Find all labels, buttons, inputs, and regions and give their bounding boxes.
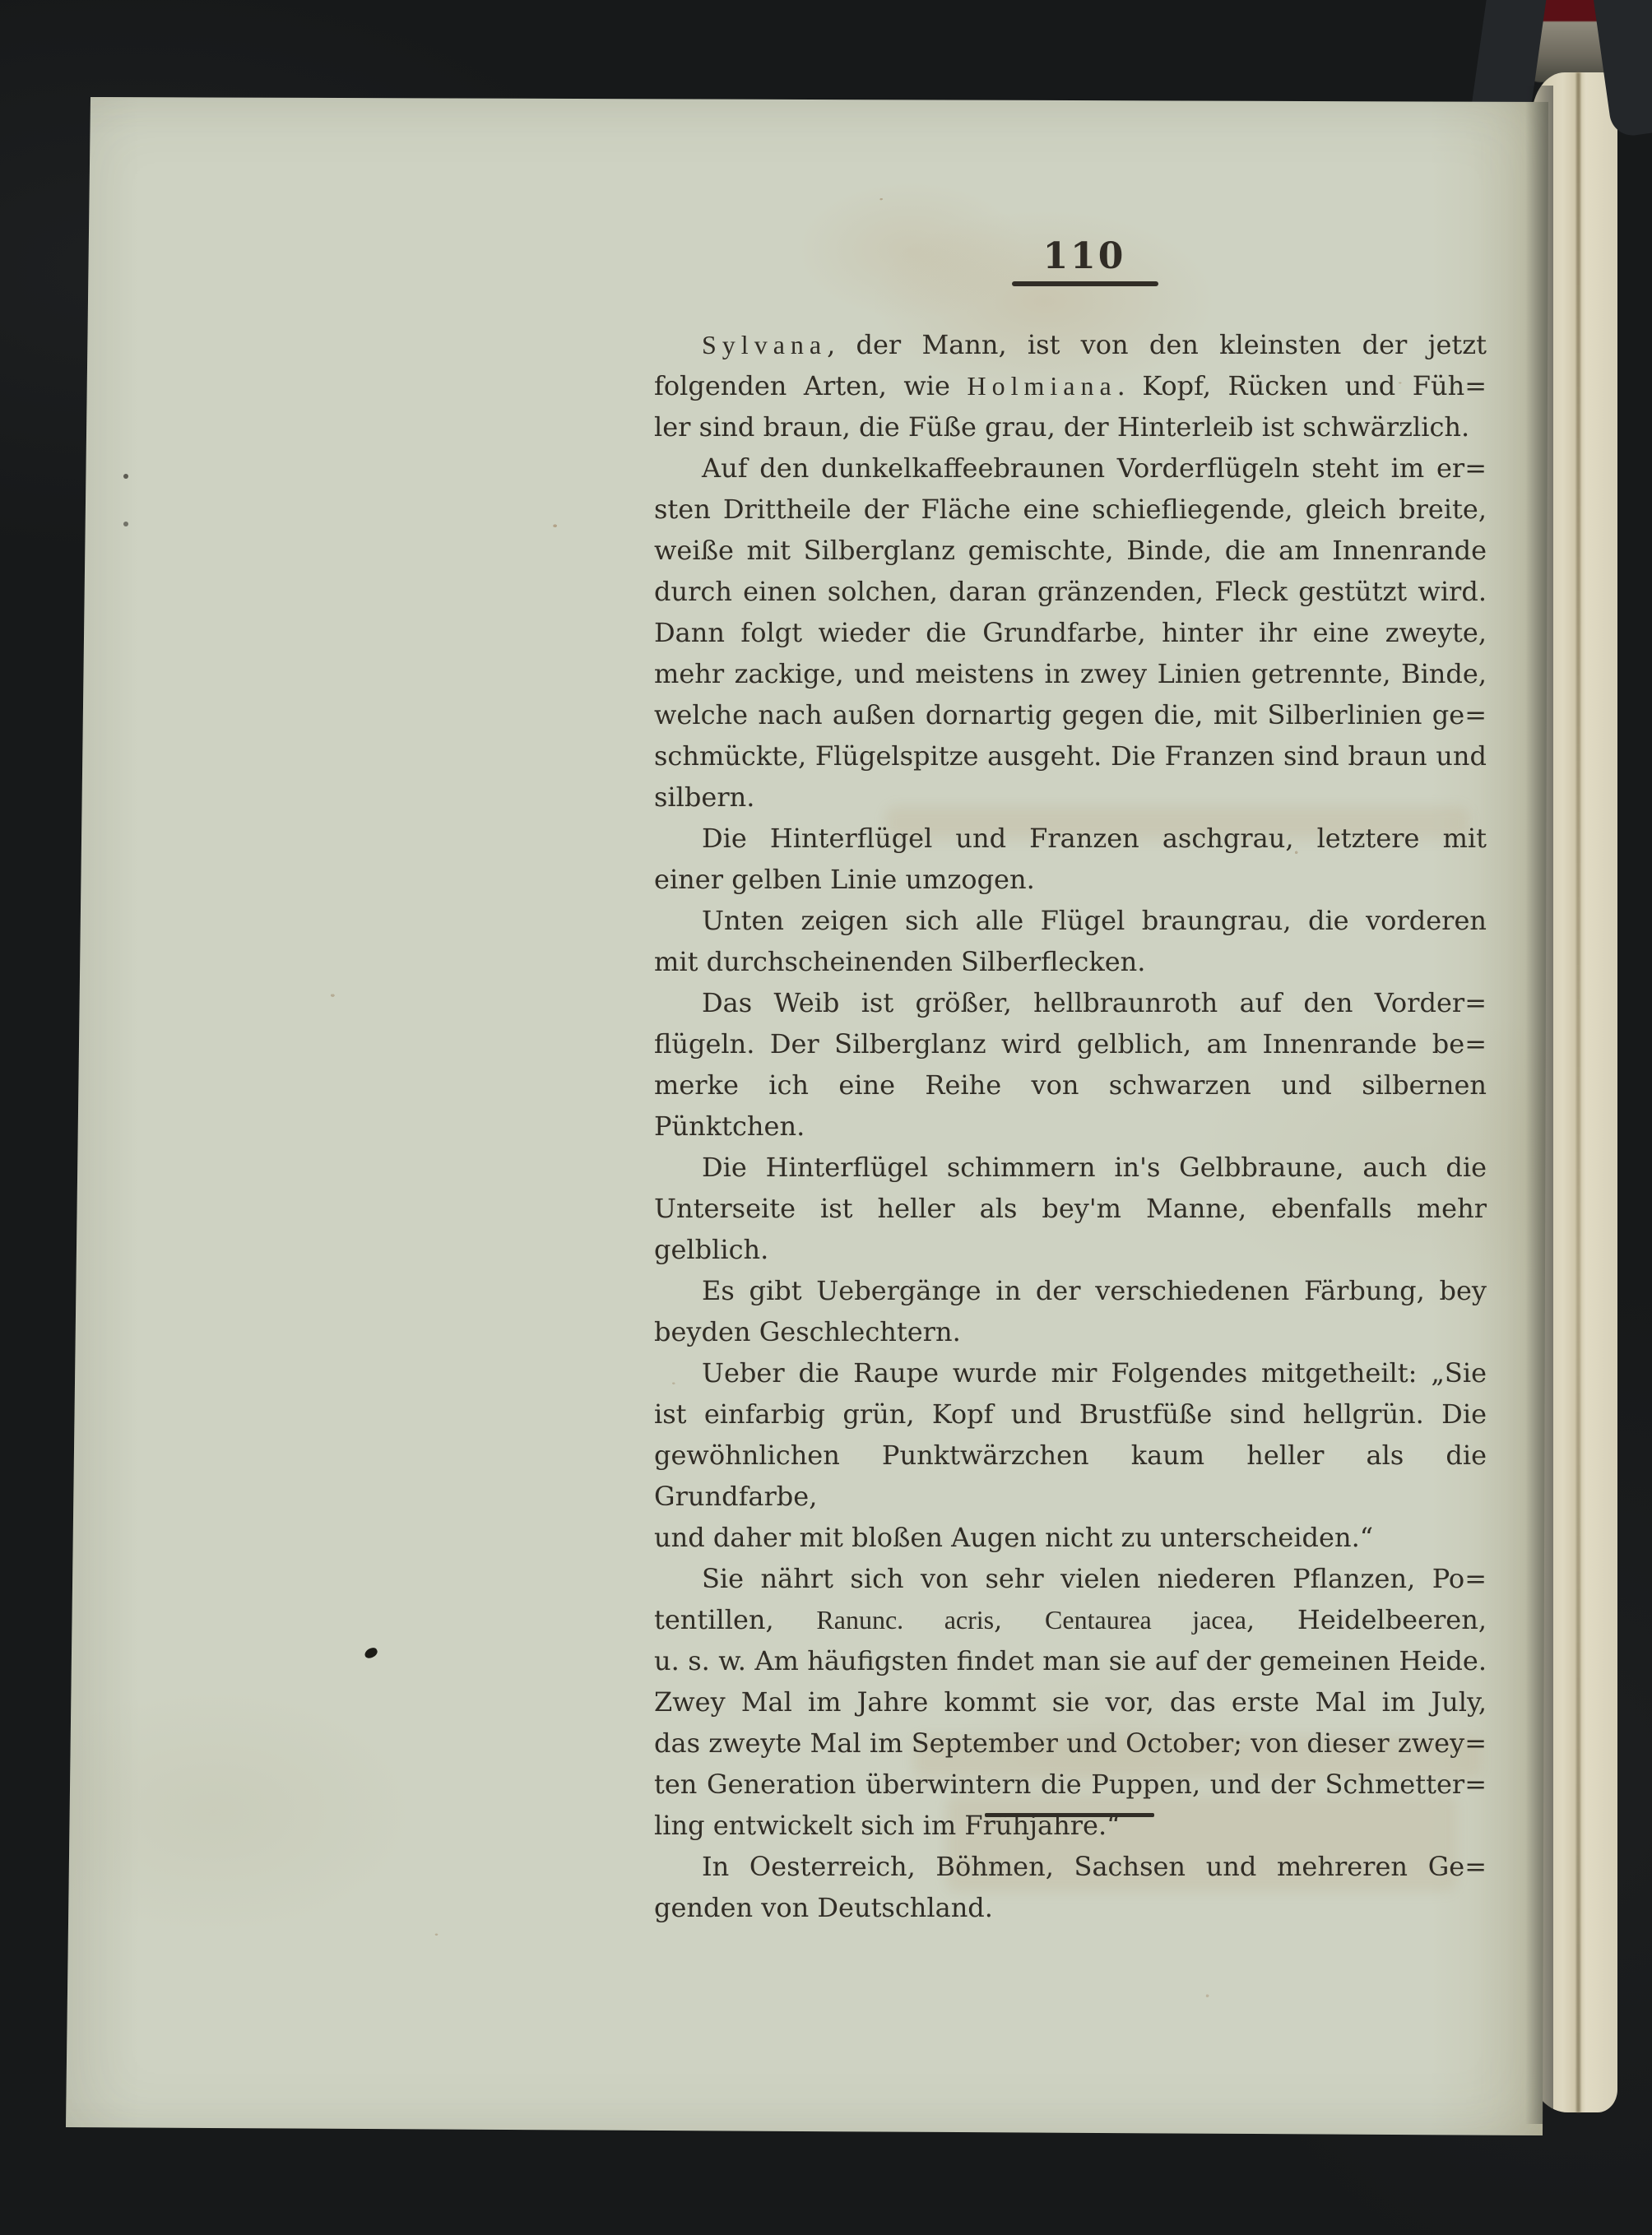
text-line: mehr zackige, und meistens in zwey Linie… [654,653,1487,694]
text-line: Sie nährt sich von sehr vielen niederen … [654,1558,1487,1599]
text-line: weiße mit Silberglanz gemischte, Binde, … [654,530,1487,571]
text-line: durch einen solchen, daran gränzenden, F… [654,571,1487,612]
text-line: Ueber die Raupe wurde mir Folgendes mitg… [654,1352,1487,1393]
text-line: silbern. [654,777,1487,818]
text-line: Sylvana, der Mann, ist von den kleinsten… [654,324,1487,365]
paragraph: Ueber die Raupe wurde mir Folgendes mitg… [654,1352,1487,1558]
paragraph: Die Hinterflügel schimmern in's Gelbbrau… [654,1147,1487,1270]
text-line: folgenden Arten, wie Holmiana. Kopf, Rüc… [654,365,1487,406]
antiqua-term: Ranunc. acris [816,1605,994,1635]
text-line: u. s. w. Am häufigsten findet man sie au… [654,1640,1487,1681]
page-number: 110 [961,235,1208,277]
text-block: Sylvana, der Mann, ist von den kleinsten… [654,324,1487,1928]
text-line: Die Hinterflügel und Franzen aschgrau, l… [654,818,1487,859]
text-line: mit durchscheinenden Silberflecken. [654,941,1487,982]
text-line: das zweyte Mal im September und October;… [654,1723,1487,1764]
paragraph: Es gibt Uebergänge in der verschiedenen … [654,1270,1487,1352]
paragraph: Sylvana, der Mann, ist von den kleinsten… [654,324,1487,447]
text-line: welche nach außen dornartig gegen die, m… [654,694,1487,735]
ink-speck [363,1646,378,1660]
text-line: Dann folgt wieder die Grundfarbe, hinter… [654,612,1487,653]
antiqua-term: Sylvana [702,330,827,359]
paragraph: Die Hinterflügel und Franzen aschgrau, l… [654,818,1487,900]
text-line: ler sind braun, die Füße grau, der Hinte… [654,406,1487,447]
text-line: Zwey Mal im Jahre kommt sie vor, das ers… [654,1681,1487,1723]
text-line: ling entwickelt sich im Frühjahre.“ [654,1805,1487,1846]
text-line: genden von Deutschland. [654,1887,1487,1928]
text-line: ist einfarbig grün, Kopf und Brustfüße s… [654,1393,1487,1435]
text-line: Unterseite ist heller als bey'm Manne, e… [654,1188,1487,1270]
text-line: ten Generation überwintern die Puppen, u… [654,1764,1487,1805]
text-line: tentillen, Ranunc. acris, Centaurea jace… [654,1599,1487,1640]
paragraph: Sie nährt sich von sehr vielen niederen … [654,1558,1487,1846]
paragraph: Unten zeigen sich alle Flügel braungrau,… [654,900,1487,982]
text-line: und daher mit bloßen Augen nicht zu unte… [654,1517,1487,1558]
text-line: In Oesterreich, Böhmen, Sachsen und mehr… [654,1846,1487,1887]
page-crease [1576,72,1580,2112]
text-line: Es gibt Uebergänge in der verschiedenen … [654,1270,1487,1311]
paragraph: Das Weib ist größer, hellbraunroth auf d… [654,982,1487,1147]
text-line: Die Hinterflügel schimmern in's Gelbbrau… [654,1147,1487,1188]
text-line: Auf den dunkelkaffeebraunen Vorderflügel… [654,447,1487,489]
margin-marks [123,474,128,479]
text-line: beyden Geschlechtern. [654,1311,1487,1352]
text-line: merke ich eine Reihe von schwarzen und s… [654,1064,1487,1147]
book-page: 110 Sylvana, der Mann, ist von den klein… [66,97,1548,2139]
text-line: Unten zeigen sich alle Flügel braungrau,… [654,900,1487,941]
text-line: sten Drittheile der Fläche eine schiefli… [654,489,1487,530]
paragraph: In Oesterreich, Böhmen, Sachsen und mehr… [654,1846,1487,1928]
antiqua-term: Centaurea jacea [1045,1605,1246,1635]
antiqua-term: Holmiana [967,371,1116,401]
paragraph: Auf den dunkelkaffeebraunen Vorderflügel… [654,447,1487,818]
text-line: flügeln. Der Silberglanz wird gelblich, … [654,1023,1487,1064]
text-line: einer gelben Linie umzogen. [654,859,1487,900]
text-line: gewöhnlichen Punktwärzchen kaum heller a… [654,1435,1487,1517]
book-scan: 110 Sylvana, der Mann, ist von den klein… [0,0,1652,2235]
page-number-rule [1012,281,1158,286]
gutter-shadow [1525,86,1553,2124]
text-line: schmückte, Flügelspitze ausgeht. Die Fra… [654,735,1487,777]
end-rule [985,1813,1154,1817]
text-line: Das Weib ist größer, hellbraunroth auf d… [654,982,1487,1023]
